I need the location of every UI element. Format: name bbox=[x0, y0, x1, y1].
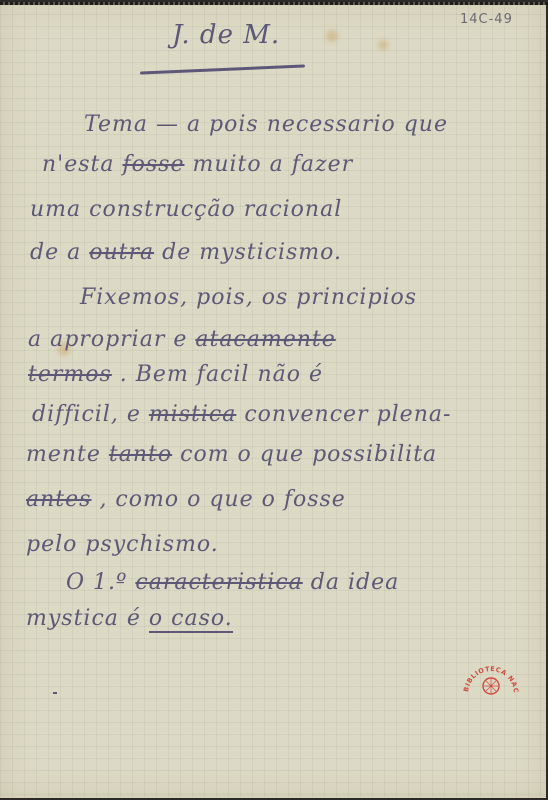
manuscript-line: n'esta fosse muito a fazer bbox=[42, 152, 353, 177]
struck-word: atacamente bbox=[195, 327, 335, 352]
manuscript-line: Fixemos, pois, os principios bbox=[80, 285, 417, 310]
struck-word: mistica bbox=[149, 402, 237, 427]
document-heading: J. de M. bbox=[172, 20, 280, 50]
manuscript-line: uma construcção racional bbox=[30, 197, 342, 222]
manuscript-line: termos . Bem facil não é bbox=[28, 362, 323, 387]
struck-word: caracteristica bbox=[135, 570, 302, 595]
archive-reference: 14C-49 bbox=[460, 12, 513, 27]
underlined-phrase: o caso. bbox=[149, 606, 233, 633]
manuscript-line: pelo psychismo. bbox=[26, 532, 219, 557]
library-stamp: BIBLIOTECA NACIONAL bbox=[462, 650, 520, 700]
manuscript-line: de a outra de mysticismo. bbox=[30, 240, 342, 265]
struck-word: outra bbox=[89, 240, 154, 265]
struck-word: tanto bbox=[109, 442, 172, 467]
struck-word: termos bbox=[28, 362, 112, 387]
struck-word: antes bbox=[26, 487, 91, 512]
paper-stain bbox=[378, 40, 388, 50]
manuscript-line: mente tanto com o que possibilita bbox=[26, 442, 437, 467]
manuscript-line: antes , como o que o fosse bbox=[26, 487, 346, 512]
struck-word: fosse bbox=[122, 152, 184, 177]
manuscript-page: 14C-49 J. de M. Tema — a pois necessario… bbox=[0, 2, 546, 798]
ink-dot bbox=[53, 692, 57, 694]
manuscript-line: O 1.º caracteristica da idea bbox=[66, 570, 399, 595]
scan-edge bbox=[0, 2, 548, 5]
manuscript-line: difficil, e mistica convencer plena- bbox=[32, 402, 451, 427]
manuscript-line: mystica é o caso. bbox=[26, 606, 233, 631]
biblioteca-nacional-seal-icon: BIBLIOTECA NACIONAL bbox=[462, 650, 520, 700]
paper-stain bbox=[326, 30, 338, 42]
manuscript-line: Tema — a pois necessario que bbox=[84, 112, 448, 137]
manuscript-line: a apropriar e atacamente bbox=[28, 327, 336, 352]
heading-underline bbox=[140, 64, 305, 74]
